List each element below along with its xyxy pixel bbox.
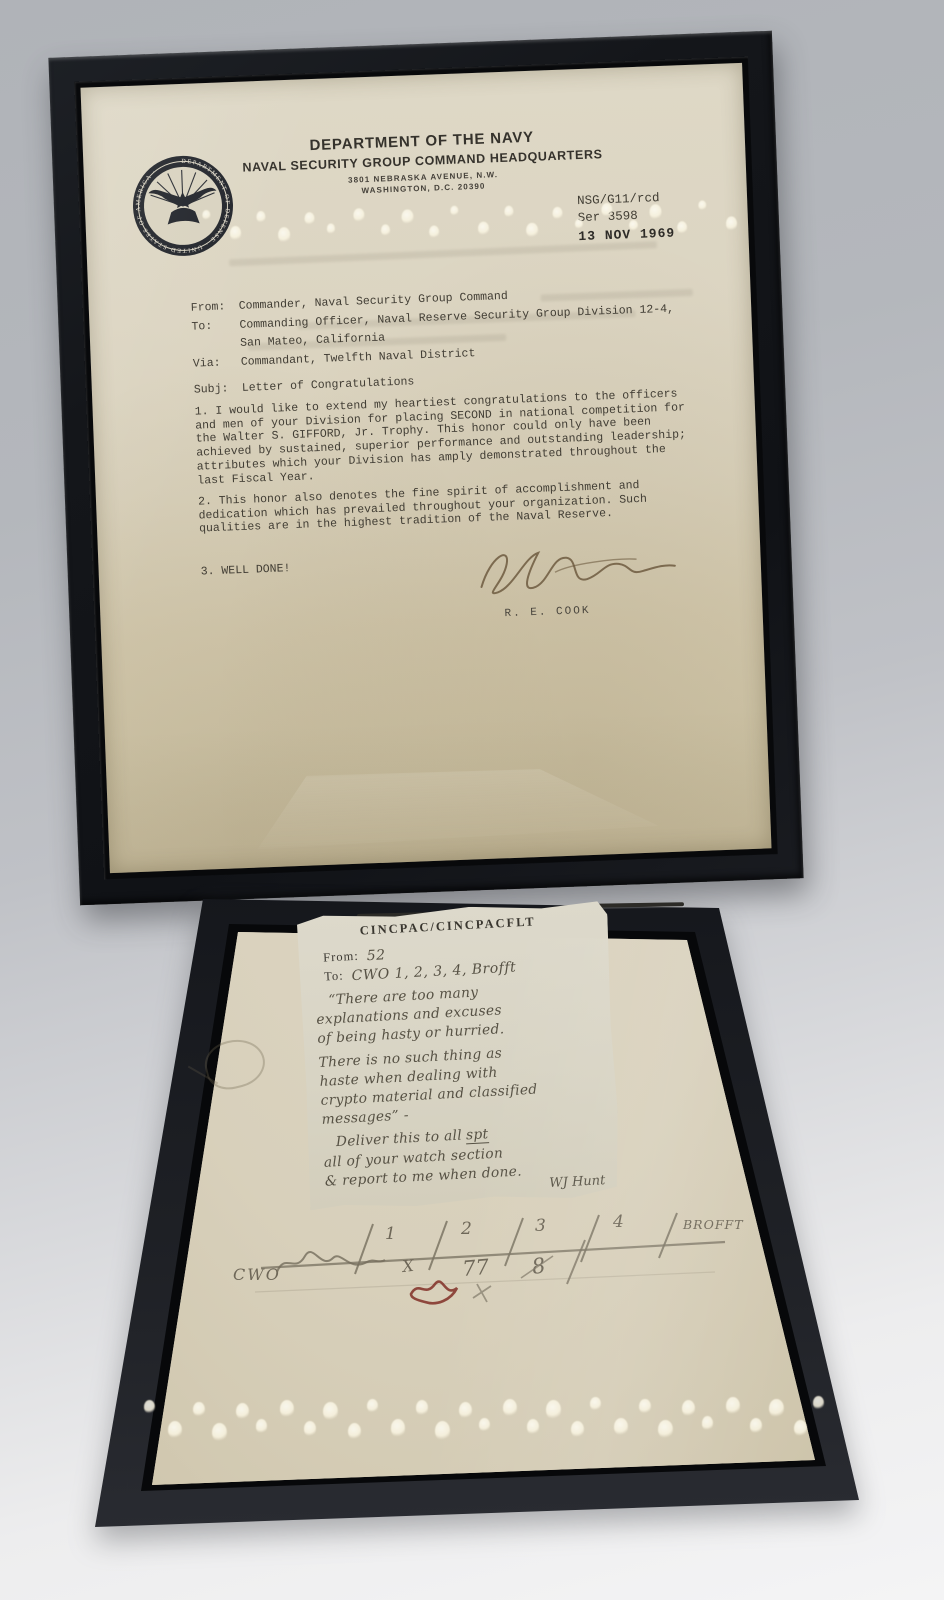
staple-mark: [592, 902, 684, 908]
pencil-tally-table: 1 2 3 4 BROFFT CWO X 77 8: [215, 1212, 745, 1330]
bottom-picture-frame: CINCPAC/CINCPACFLT From: 52 To: CWO 1, 2…: [0, 0, 944, 1600]
tally-entry-77: 77: [461, 1255, 490, 1281]
note-from-label: From:: [323, 949, 359, 967]
tally-header-1: 1: [385, 1224, 396, 1244]
tally-header-4: 4: [612, 1212, 624, 1232]
tally-scribble-entry: [277, 1252, 385, 1272]
tally-header-3: 3: [535, 1216, 546, 1236]
cincpac-note-slip: CINCPAC/CINCPACFLT From: 52 To: CWO 1, 2…: [295, 900, 622, 1212]
gray-check-mark: [473, 1284, 491, 1302]
hunt-signature: WJ Hunt: [549, 1173, 606, 1191]
tally-row-label: CWO: [233, 1265, 281, 1284]
note-to-label: To:: [324, 969, 344, 986]
tally-red-x: X: [399, 1256, 415, 1276]
note-from-value: 52: [366, 947, 386, 964]
note-body: “There are too many explanations and exc…: [315, 977, 615, 1192]
underlined-word: spt: [466, 1127, 489, 1145]
tally-header-broff: BROFFT: [682, 1217, 744, 1232]
photo-of-framed-navy-documents: DEPARTMENT OF DEFENSE · UNITED STATES OF…: [0, 0, 944, 1600]
tally-header-2: 2: [460, 1219, 472, 1239]
